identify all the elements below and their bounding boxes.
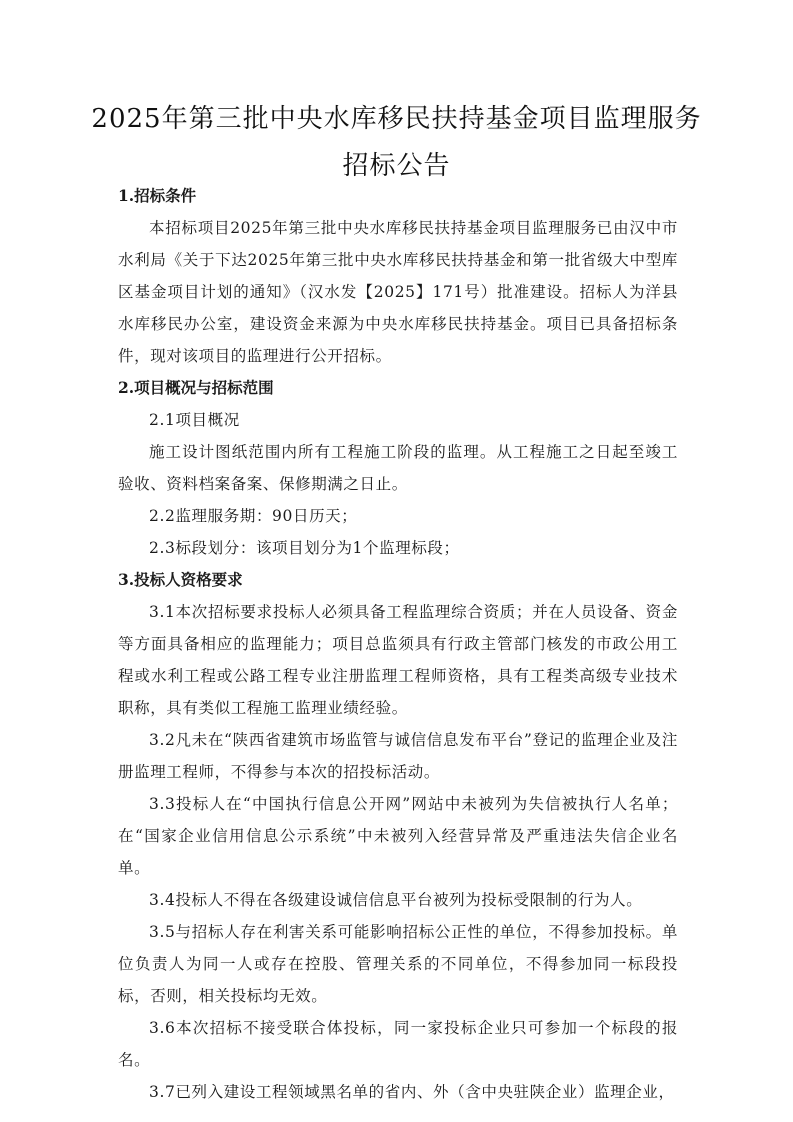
paragraph-3-2: 3.2凡未在“陕西省建筑市场监管与诚信信息发布平台”登记的监理企业及注册监理工程… [118,724,678,788]
paragraph-2-1: 2.1项目概况 [118,404,678,436]
paragraph-1-1: 本招标项目2025年第三批中央水库移民扶持基金项目监理服务已由汉中市水利局《关于… [118,212,678,372]
paragraph-3-3: 3.3投标人在“中国执行信息公开网”网站中未被列为失信被执行人名单；在“国家企业… [118,788,678,884]
section-heading-3: 3.投标人资格要求 [118,564,678,596]
document-title-line-2: 招标公告 [0,145,793,182]
paragraph-3-4: 3.4投标人不得在各级建设诚信信息平台被列为投标受限制的行为人。 [118,884,678,916]
document-title-line-1: 2025年第三批中央水库移民扶持基金项目监理服务 [0,98,793,135]
paragraph-3-1: 3.1本次招标要求投标人必须具备工程监理综合资质；并在人员设备、资金等方面具备相… [118,596,678,724]
document-page: 2025年第三批中央水库移民扶持基金项目监理服务 招标公告 1.招标条件 本招标… [0,0,793,1122]
paragraph-3-5: 3.5与招标人存在利害关系可能影响招标公正性的单位，不得参加投标。单位负责人为同… [118,916,678,1012]
section-heading-2: 2.项目概况与招标范围 [118,372,678,404]
paragraph-3-7: 3.7已列入建设工程领域黑名单的省内、外（含中央驻陕企业）监理企业， [118,1076,678,1108]
paragraph-2-2: 施工设计图纸范围内所有工程施工阶段的监理。从工程施工之日起至竣工验收、资料档案备… [118,436,678,500]
paragraph-2-4: 2.3标段划分：该项目划分为1个监理标段； [118,532,678,564]
document-body: 1.招标条件 本招标项目2025年第三批中央水库移民扶持基金项目监理服务已由汉中… [118,180,678,1108]
section-heading-1: 1.招标条件 [118,180,678,212]
paragraph-2-3: 2.2监理服务期：90日历天； [118,500,678,532]
paragraph-3-6: 3.6本次招标不接受联合体投标，同一家投标企业只可参加一个标段的报名。 [118,1012,678,1076]
